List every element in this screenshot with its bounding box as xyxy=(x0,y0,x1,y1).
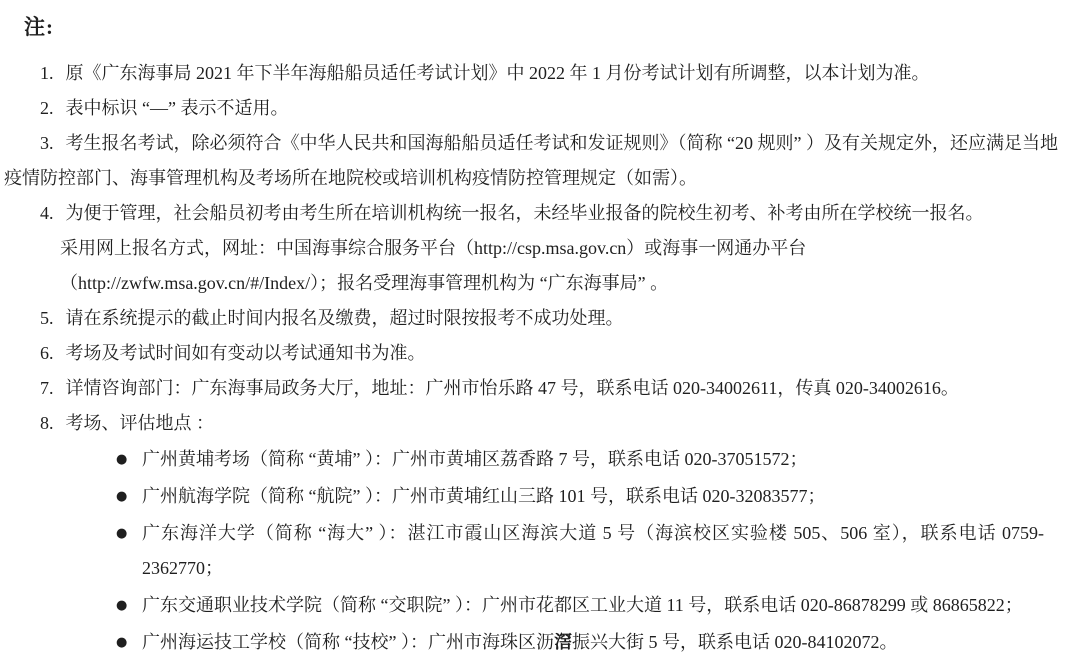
note-text: 请在系统提示的截止时间内报名及缴费，超过时限按报考不成功处理。 xyxy=(66,308,624,328)
location-item: ●广州海运技工学校（简称 “技校” ）：广州市海珠区沥滘振兴大街 5 号，联系电… xyxy=(4,625,1058,660)
note-item-6: 6.考场及考试时间如有变动以考试通知书为准。 xyxy=(4,336,1058,371)
location-text: 广州航海学院（简称 “航院” ）：广州市黄埔红山三路 101 号，联系电话 02… xyxy=(142,479,1058,514)
note-text: 详情咨询部门：广东海事局政务大厅，地址：广州市怡乐路 47 号，联系电话 020… xyxy=(66,378,959,398)
note-subline: （http://zwfw.msa.gov.cn/#/Index/）；报名受理海事… xyxy=(60,266,1058,301)
note-number: 1. xyxy=(40,63,54,83)
note-subline: 采用网上报名方式，网址：中国海事综合服务平台（http://csp.msa.go… xyxy=(60,231,1058,266)
bullet-icon: ● xyxy=(116,516,142,551)
exam-locations-list: ●广州黄埔考场（简称 “黄埔” ）：广州市黄埔区荔香路 7 号，联系电话 020… xyxy=(4,442,1058,660)
bullet-icon: ● xyxy=(116,625,142,660)
location-text: 广东交通职业技术学院（简称 “交职院” ）：广州市花都区工业大道 11 号，联系… xyxy=(142,588,1058,623)
location-text: 广东海洋大学（简称 “海大” ）：湛江市霞山区海滨大道 5 号（海滨校区实验楼 … xyxy=(142,516,1058,586)
note-number: 8. xyxy=(40,413,54,433)
note-text: 为便于管理，社会船员初考由考生所在培训机构统一报名，未经毕业报备的院校生初考、补… xyxy=(66,203,984,223)
note-number: 3. xyxy=(40,133,54,153)
bullet-icon: ● xyxy=(116,479,142,514)
location-text: 广州海运技工学校（简称 “技校” ）：广州市海珠区沥滘振兴大街 5 号，联系电话… xyxy=(142,625,1058,660)
note-text: 考生报名考试，除必须符合《中华人民共和国海船船员适任考试和发证规则》（简称 “2… xyxy=(4,133,1058,188)
location-item: ●广州航海学院（简称 “航院” ）：广州市黄埔红山三路 101 号，联系电话 0… xyxy=(4,479,1058,514)
note-item-8: 8.考场、评估地点 ： xyxy=(4,406,1058,441)
note-text: 考场及考试时间如有变动以考试通知书为准。 xyxy=(66,343,426,363)
note-item-5: 5.请在系统提示的截止时间内报名及缴费，超过时限按报考不成功处理。 xyxy=(4,301,1058,336)
note-number: 4. xyxy=(40,203,54,223)
location-text: 广州黄埔考场（简称 “黄埔” ）：广州市黄埔区荔香路 7 号，联系电话 020-… xyxy=(142,442,1058,477)
note-number: 7. xyxy=(40,378,54,398)
notes-heading: 注: xyxy=(24,12,1058,42)
location-item: ●广东交通职业技术学院（简称 “交职院” ）：广州市花都区工业大道 11 号，联… xyxy=(4,588,1058,623)
location-item: ●广州黄埔考场（简称 “黄埔” ）：广州市黄埔区荔香路 7 号，联系电话 020… xyxy=(4,442,1058,477)
note-number: 2. xyxy=(40,98,54,118)
note-item-1: 1.原《广东海事局 2021 年下半年海船船员适任考试计划》中 2022 年 1… xyxy=(4,56,1058,91)
note-text: 原《广东海事局 2021 年下半年海船船员适任考试计划》中 2022 年 1 月… xyxy=(66,63,930,83)
note-item-7: 7.详情咨询部门：广东海事局政务大厅，地址：广州市怡乐路 47 号，联系电话 0… xyxy=(4,371,1058,406)
location-text-emphasis: 滘 xyxy=(554,632,572,652)
note-item-3: 3.考生报名考试，除必须符合《中华人民共和国海船船员适任考试和发证规则》（简称 … xyxy=(4,126,1058,196)
note-number: 5. xyxy=(40,308,54,328)
notice-page: 注: 1.原《广东海事局 2021 年下半年海船船员适任考试计划》中 2022 … xyxy=(0,0,1080,665)
note-item-4: 4.为便于管理，社会船员初考由考生所在培训机构统一报名，未经毕业报备的院校生初考… xyxy=(4,196,1058,231)
note-text: 表中标识 “—” 表示不适用。 xyxy=(66,98,289,118)
note-item-2: 2.表中标识 “—” 表示不适用。 xyxy=(4,91,1058,126)
notes-list: 1.原《广东海事局 2021 年下半年海船船员适任考试计划》中 2022 年 1… xyxy=(4,56,1058,441)
bullet-icon: ● xyxy=(116,588,142,623)
bullet-icon: ● xyxy=(116,442,142,477)
location-item: ●广东海洋大学（简称 “海大” ）：湛江市霞山区海滨大道 5 号（海滨校区实验楼… xyxy=(4,516,1058,586)
note-number: 6. xyxy=(40,343,54,363)
note-text: 考场、评估地点 ： xyxy=(66,413,215,433)
